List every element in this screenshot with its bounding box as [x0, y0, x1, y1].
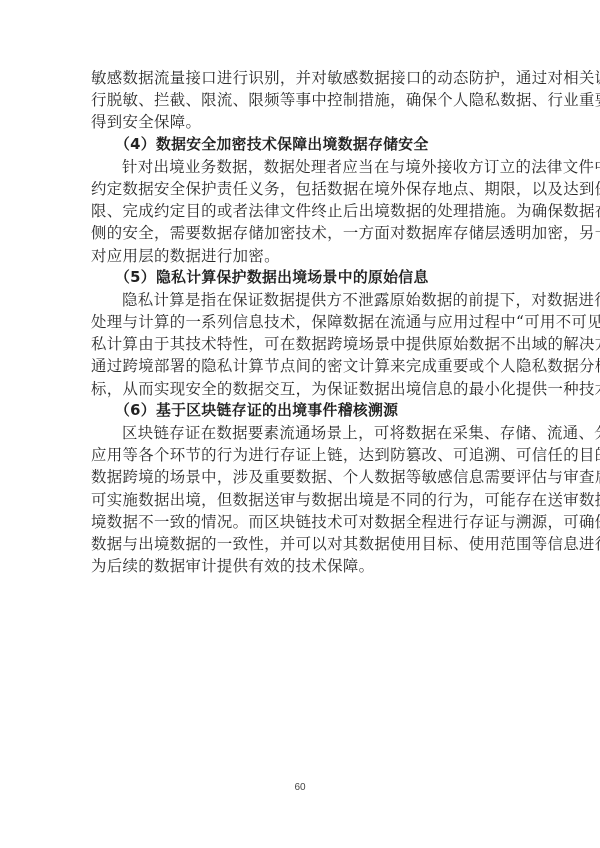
- text-line: 为后续的数据审计提供有效的技术保障。: [91, 555, 511, 577]
- text-line: 区块链存证在数据要素流通场景上，可将数据在采集、存储、流通、分析、: [91, 422, 511, 444]
- document-body: 敏感数据流量接口进行识别，并对敏感数据接口的动态防护，通过对相关调用进 行脱敏、…: [91, 67, 511, 577]
- text-line: 数据与出境数据的一致性，并可以对其数据使用目标、使用范围等信息进行存储，: [91, 533, 511, 555]
- section-heading-6: （6）基于区块链存证的出境事件稽核溯源: [91, 400, 511, 422]
- text-line: 隐私计算是指在保证数据提供方不泄露原始数据的前提下，对数据进行分析: [91, 289, 511, 311]
- page-number: 60: [0, 782, 600, 793]
- section-heading-4: （4）数据安全加密技术保障出境数据存储安全: [91, 134, 511, 156]
- paragraph-privacy-computing: 隐私计算是指在保证数据提供方不泄露原始数据的前提下，对数据进行分析 处理与计算的…: [91, 289, 511, 400]
- paragraph-blockchain: 区块链存证在数据要素流通场景上，可将数据在采集、存储、流通、分析、 应用等各个环…: [91, 422, 511, 577]
- text-line: 行脱敏、拦截、限流、限频等事中控制措施，确保个人隐私数据、行业重要数据: [91, 89, 511, 111]
- text-line: 可实施数据出境，但数据送审与数据出境是不同的行为，可能存在送审数据与出: [91, 489, 511, 511]
- text-line: 对应用层的数据进行加密。: [91, 245, 511, 267]
- text-line: 约定数据安全保护责任义务，包括数据在境外保存地点、期限，以及达到保存期: [91, 178, 511, 200]
- text-line: 侧的安全，需要数据存储加密技术，一方面对数据库存储层透明加密，另一方面: [91, 222, 511, 244]
- text-line: 限、完成约定目的或者法律文件终止后出境数据的处理措施。为确保数据在存储: [91, 200, 511, 222]
- text-line: 针对出境业务数据，数据处理者应当在与境外接收方订立的法律文件中明确: [91, 156, 511, 178]
- text-line: 敏感数据流量接口进行识别，并对敏感数据接口的动态防护，通过对相关调用进: [91, 67, 511, 89]
- text-line: 数据跨境的场景中，涉及重要数据、个人数据等敏感信息需要评估与审查后，方: [91, 466, 511, 488]
- paragraph-encryption: 针对出境业务数据，数据处理者应当在与境外接收方订立的法律文件中明确 约定数据安全…: [91, 156, 511, 267]
- text-line: 通过跨境部署的隐私计算节点间的密文计算来完成重要或个人隐私数据分析目: [91, 355, 511, 377]
- text-line: 境数据不一致的情况。而区块链技术可对数据全程进行存证与溯源，可确保送审: [91, 511, 511, 533]
- section-heading-5: （5）隐私计算保护数据出境场景中的原始信息: [91, 267, 511, 289]
- text-line: 处理与计算的一系列信息技术，保障数据在流通与应用过程中“可用不可见”。隐: [91, 311, 511, 333]
- text-line: 私计算由于其技术特性，可在数据跨境场景中提供原始数据不出域的解决方案。: [91, 333, 511, 355]
- paragraph-intro-continued: 敏感数据流量接口进行识别，并对敏感数据接口的动态防护，通过对相关调用进 行脱敏、…: [91, 67, 511, 134]
- text-line: 应用等各个环节的行为进行存证上链，达到防篡改、可追溯、可信任的目的。在: [91, 444, 511, 466]
- text-line: 得到安全保障。: [91, 111, 511, 133]
- text-line: 标，从而实现安全的数据交互，为保证数据出境信息的最小化提供一种技术路径。: [91, 378, 511, 400]
